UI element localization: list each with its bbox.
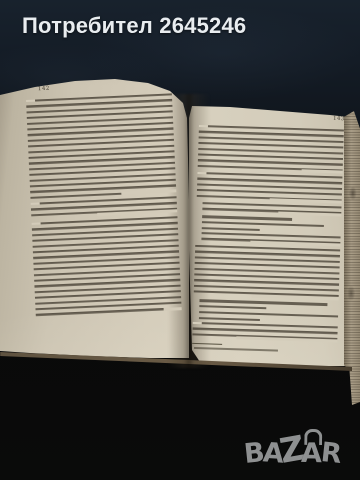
dialogue-line: [202, 216, 292, 221]
text-paragraph: [26, 93, 176, 199]
text-paragraph: [31, 196, 178, 219]
user-caption: Потребител 2645246: [22, 13, 246, 39]
dialogue-line: [199, 305, 266, 309]
footnote-rule: [192, 343, 222, 345]
logo-letter: R: [320, 439, 344, 468]
text-paragraph: [198, 125, 344, 174]
text-paragraph: [32, 216, 182, 317]
bazar-watermark-logo: B A Z A R: [244, 417, 356, 467]
text-paragraph: [192, 322, 337, 343]
text-paragraph: [197, 172, 343, 204]
left-page-number: 142: [38, 86, 50, 93]
left-page-text: [26, 93, 182, 316]
right-page-number: 143: [333, 116, 345, 122]
text-paragraph: [194, 245, 341, 301]
dialogue-line: [202, 227, 260, 231]
dialogue-lines: [201, 232, 340, 246]
book-fore-edge: [344, 111, 360, 405]
dialogue-lines: [202, 202, 341, 216]
right-page-text: [192, 125, 344, 353]
listing-photo: Потребител 2645246 142 143: [0, 0, 360, 480]
dialogue-line: [199, 317, 260, 321]
dialogue-line: [202, 221, 324, 227]
